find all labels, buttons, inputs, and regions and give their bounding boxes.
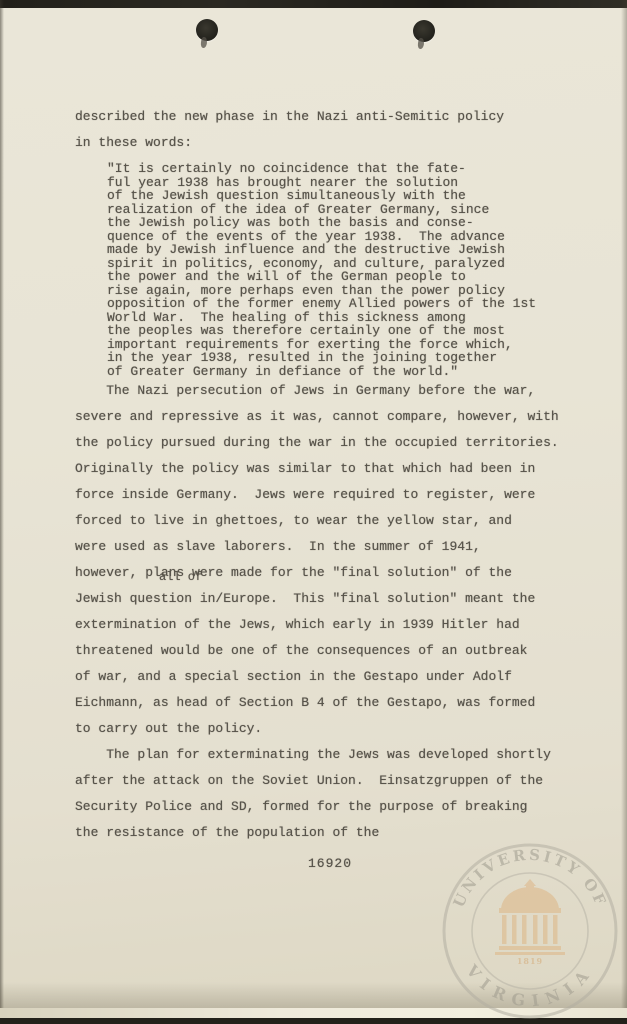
insertion-target-line: Jewish question in/Europe. This "final s… [75,586,585,612]
rotunda-icon: 1819 [495,879,565,966]
scanned-page: UNIVERSITY OF VIRGINIA 1819 [0,0,627,1024]
paragraph-2-part-a: The Nazi persecution of Jews in Germany … [75,378,585,586]
punch-hole-left [196,19,218,41]
paragraph-2: The Nazi persecution of Jews in Germany … [75,378,585,742]
paragraph-2-part-b: extermination of the Jews, which early i… [75,612,585,742]
typed-insertion: all of [159,571,202,583]
page-number: 16920 [75,856,585,871]
seal-year: 1819 [517,956,543,966]
typed-document-body: described the new phase in the Nazi anti… [75,104,585,871]
line-with-typed-insertion: all of Jewish question in/Europe. This "… [75,586,585,612]
punch-hole-right [413,20,435,42]
block-quote: "It is certainly no coincidence that the… [107,162,585,378]
scan-edge-left [0,0,4,1024]
paragraph-3: The plan for exterminating the Jews was … [75,742,585,846]
scan-edge-top [0,0,627,8]
intro-text: described the new phase in the Nazi anti… [75,104,585,156]
